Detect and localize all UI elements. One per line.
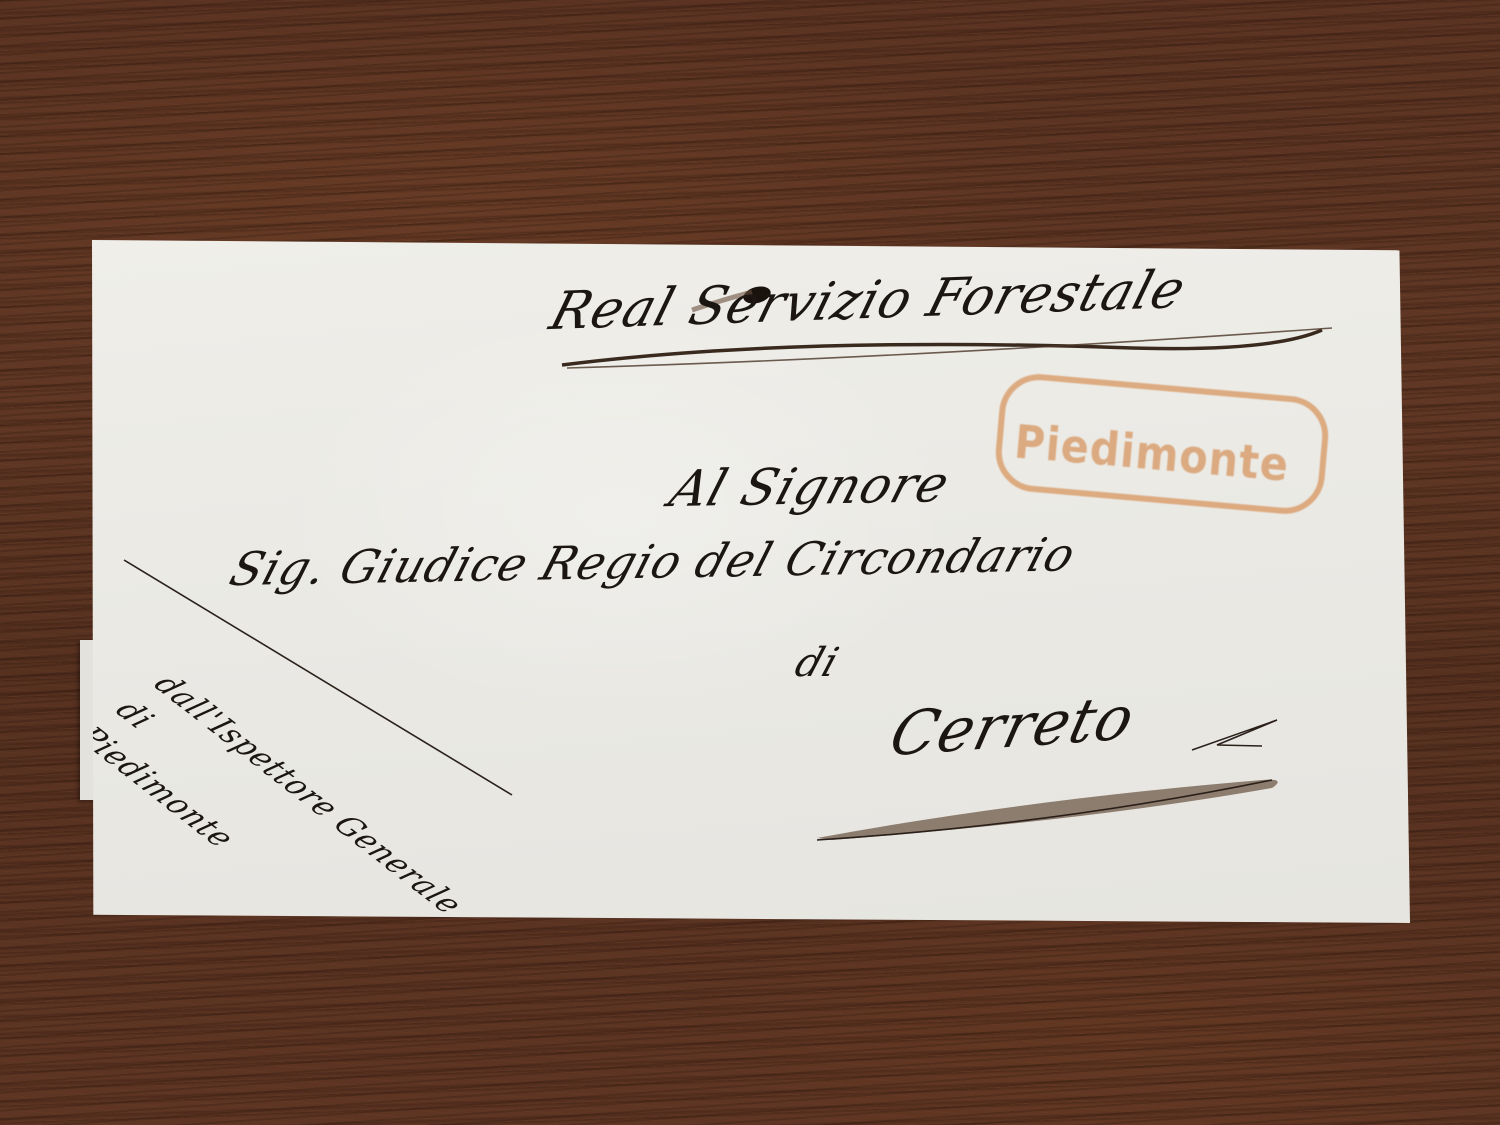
salutation: Al Signore <box>663 455 957 518</box>
letter-cover: Real Servizio Forestale Piedimonte Al Si… <box>92 240 1410 923</box>
